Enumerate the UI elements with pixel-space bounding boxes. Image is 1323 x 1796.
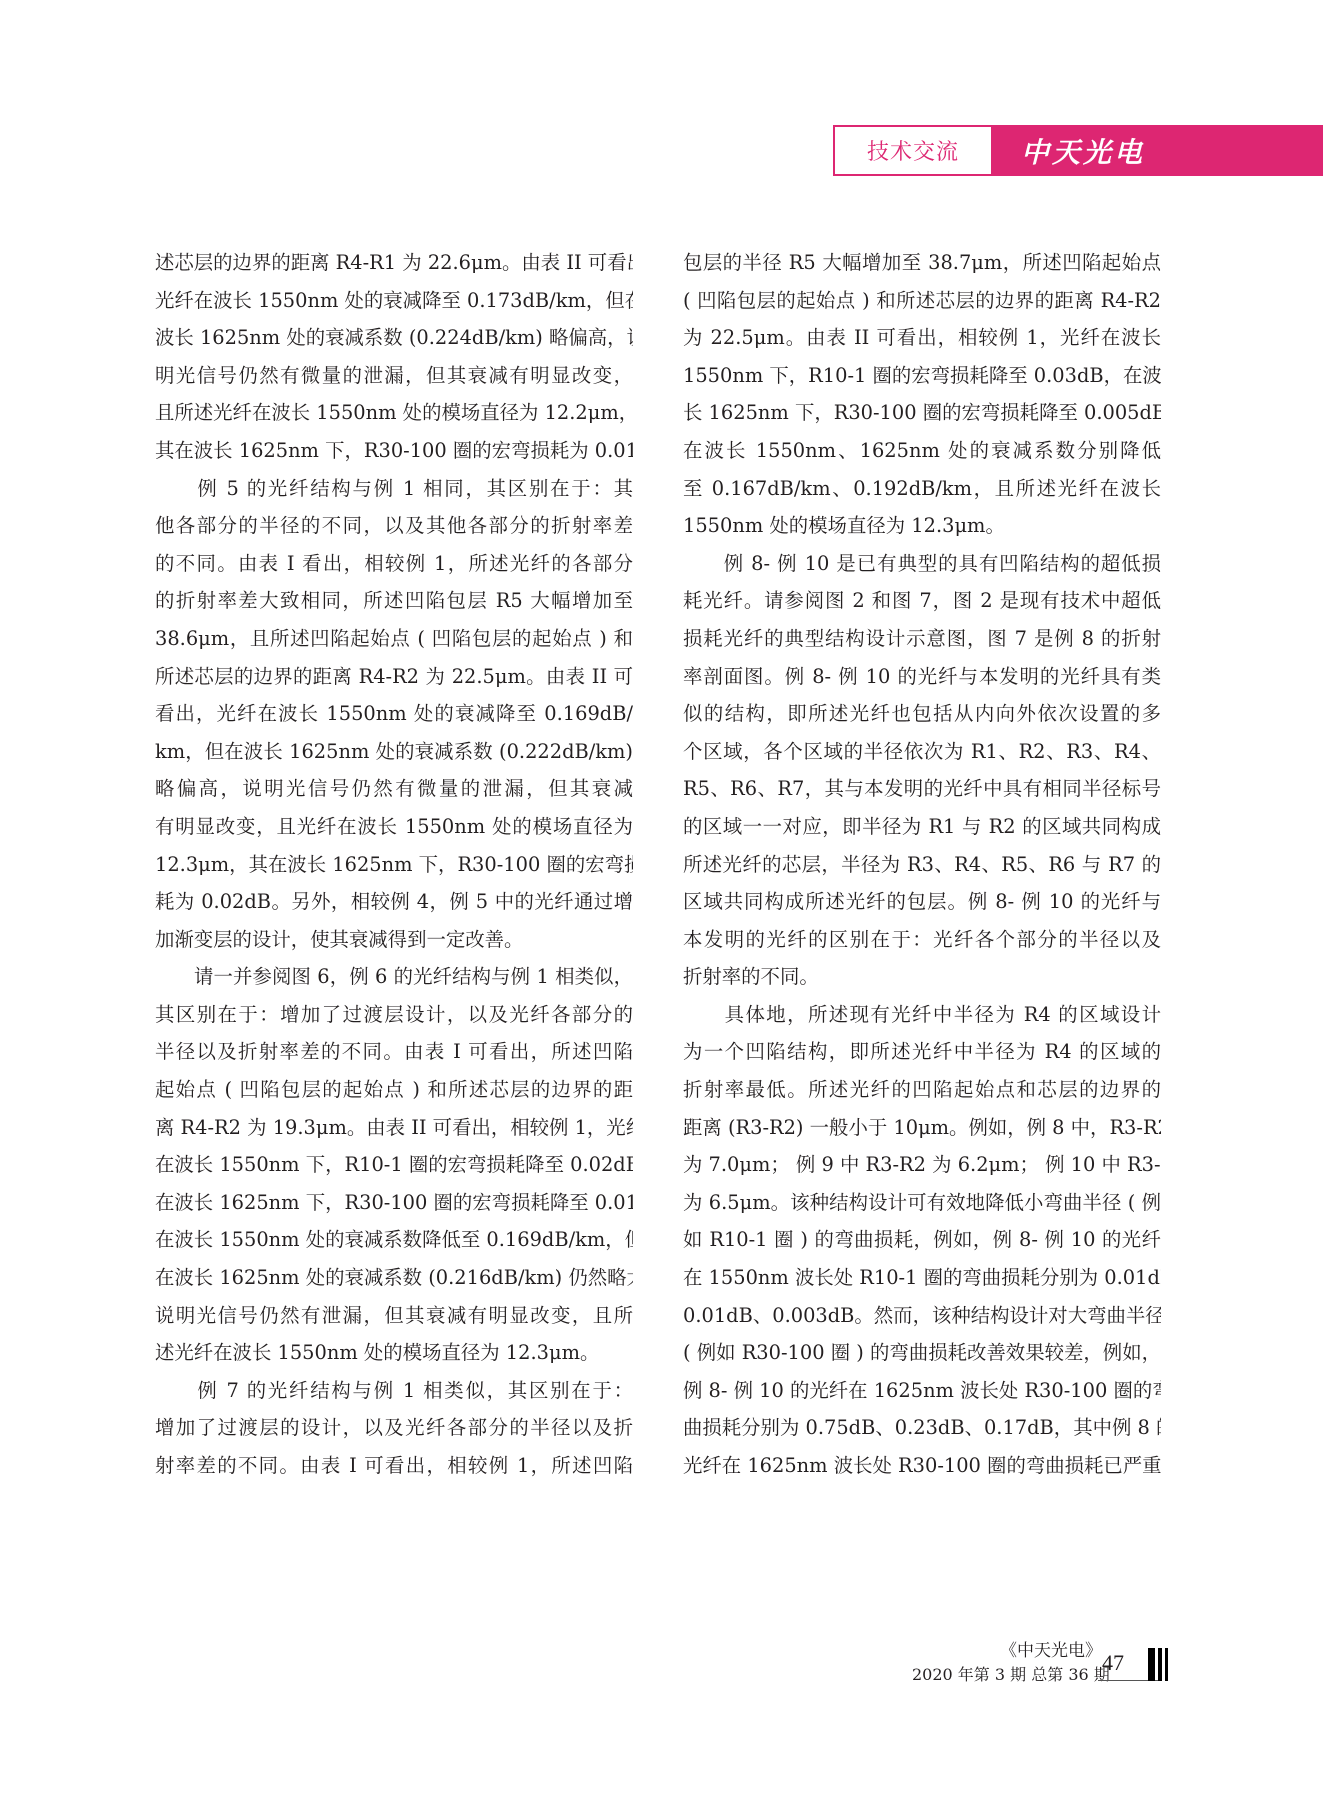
text-line: ( 例如 R30-100 圈 ) 的弯曲损耗改善效果较差，例如， — [683, 1334, 1161, 1372]
text-line: 在波长 1625nm 下，R30-100 圈的宏弯损耗降至 0.01dB; — [155, 1184, 633, 1222]
text-line: ( 凹陷包层的起始点 ) 和所述芯层的边界的距离 R4-R2 — [683, 282, 1161, 320]
text-line: 的折射率差大致相同，所述凹陷包层 R5 大幅增加至 — [155, 582, 633, 620]
decorative-bars-icon — [1148, 1648, 1168, 1681]
text-line: 本发明的光纤的区别在于：光纤各个部分的半径以及 — [683, 921, 1161, 959]
right-text-column: 包层的半径 R5 大幅增加至 38.7μm，所述凹陷起始点( 凹陷包层的起始点 … — [683, 244, 1161, 1485]
text-line: 所述光纤的芯层，半径为 R3、R4、R5、R6 与 R7 的 — [683, 846, 1161, 884]
text-line: 38.6μm，且所述凹陷起始点 ( 凹陷包层的起始点 ) 和 — [155, 620, 633, 658]
text-line: km，但在波长 1625nm 处的衰减系数 (0.222dB/km) — [155, 733, 633, 771]
text-line: 半径以及折射率差的不同。由表 I 可看出，所述凹陷 — [155, 1033, 633, 1071]
text-line: 例 5 的光纤结构与例 1 相同，其区别在于：其 — [155, 470, 633, 508]
text-line: 在波长 1550nm 处的衰减系数降低至 0.169dB/km，但 — [155, 1221, 633, 1259]
text-line: 具体地，所述现有光纤中半径为 R4 的区域设计 — [683, 996, 1161, 1034]
text-line: 其区别在于：增加了过渡层设计，以及光纤各部分的 — [155, 996, 633, 1034]
text-line: 12.3μm，其在波长 1625nm 下，R30-100 圈的宏弯损 — [155, 846, 633, 884]
text-line: 例 7 的光纤结构与例 1 相类似，其区别在于： — [155, 1372, 633, 1410]
text-line: 离 R4-R2 为 19.3μm。由表 II 可看出，相较例 1，光纤 — [155, 1109, 633, 1147]
text-line: 射率差的不同。由表 I 可看出，相较例 1，所述凹陷 — [155, 1447, 633, 1485]
journal-title: 《中天光电》 — [1000, 1636, 1102, 1661]
text-line: 0.01dB、0.003dB。然而，该种结构设计对大弯曲半径 — [683, 1297, 1161, 1335]
text-line: 为 6.5μm。该种结构设计可有效地降低小弯曲半径 ( 例 — [683, 1184, 1161, 1222]
text-line: 长 1625nm 下，R30-100 圈的宏弯损耗降至 0.005dB； — [683, 394, 1161, 432]
text-line: 请一并参阅图 6，例 6 的光纤结构与例 1 相类似， — [155, 958, 633, 996]
text-line: 曲损耗分别为 0.75dB、0.23dB、0.17dB，其中例 8 的 — [683, 1409, 1161, 1447]
text-line: 的区域一一对应，即半径为 R1 与 R2 的区域共同构成 — [683, 808, 1161, 846]
brand-bar: 中天光电 — [993, 125, 1323, 176]
text-line: 个区域，各个区域的半径依次为 R1、R2、R3、R4、 — [683, 733, 1161, 771]
text-line: 看出，光纤在波长 1550nm 处的衰减降至 0.169dB/ — [155, 695, 633, 733]
text-line: 在波长 1550nm、1625nm 处的衰减系数分别降低 — [683, 432, 1161, 470]
text-line: 波长 1625nm 处的衰减系数 (0.224dB/km) 略偏高，说 — [155, 319, 633, 357]
text-line: 在 1550nm 波长处 R10-1 圈的弯曲损耗分别为 0.01dB、 — [683, 1259, 1161, 1297]
text-line: 为 7.0μm； 例 9 中 R3-R2 为 6.2μm； 例 10 中 R3-… — [683, 1146, 1161, 1184]
text-line: 起始点 ( 凹陷包层的起始点 ) 和所述芯层的边界的距 — [155, 1071, 633, 1109]
text-line: 说明光信号仍然有泄漏，但其衰减有明显改变，且所 — [155, 1297, 633, 1335]
text-line: 明光信号仍然有微量的泄漏，但其衰减有明显改变， — [155, 357, 633, 395]
text-line: 增加了过渡层的设计，以及光纤各部分的半径以及折 — [155, 1409, 633, 1447]
section-label: 技术交流 — [867, 135, 959, 166]
text-line: 有明显改变，且光纤在波长 1550nm 处的模场直径为 — [155, 808, 633, 846]
text-line: 为一个凹陷结构，即所述光纤中半径为 R4 的区域的 — [683, 1033, 1161, 1071]
text-line: 区域共同构成所述光纤的包层。例 8- 例 10 的光纤与 — [683, 883, 1161, 921]
text-line: 耗为 0.02dB。另外，相较例 4，例 5 中的光纤通过增 — [155, 883, 633, 921]
text-line: 例 8- 例 10 是已有典型的具有凹陷结构的超低损 — [683, 545, 1161, 583]
text-line: 耗光纤。请参阅图 2 和图 7，图 2 是现有技术中超低 — [683, 582, 1161, 620]
text-line: 的不同。由表 I 看出，相较例 1，所述光纤的各部分 — [155, 545, 633, 583]
text-line: 似的结构，即所述光纤也包括从内向外依次设置的多 — [683, 695, 1161, 733]
text-line: 其在波长 1625nm 下，R30-100 圈的宏弯损耗为 0.01dB。 — [155, 432, 633, 470]
text-line: 述芯层的边界的距离 R4-R1 为 22.6μm。由表 II 可看出， — [155, 244, 633, 282]
text-line: 折射率最低。所述光纤的凹陷起始点和芯层的边界的 — [683, 1071, 1161, 1109]
text-line: 所述芯层的边界的距离 R4-R2 为 22.5μm。由表 II 可 — [155, 658, 633, 696]
text-line: 距离 (R3-R2) 一般小于 10μm。例如，例 8 中，R3-R2 — [683, 1109, 1161, 1147]
text-line: 如 R10-1 圈 ) 的弯曲损耗，例如，例 8- 例 10 的光纤 — [683, 1221, 1161, 1259]
text-line: 在波长 1550nm 下，R10-1 圈的宏弯损耗降至 0.02dB， — [155, 1146, 633, 1184]
text-line: 略偏高，说明光信号仍然有微量的泄漏，但其衰减 — [155, 770, 633, 808]
section-label-box: 技术交流 — [833, 125, 993, 176]
text-line: 1550nm 处的模场直径为 12.3μm。 — [683, 507, 1161, 545]
text-line: 述光纤在波长 1550nm 处的模场直径为 12.3μm。 — [155, 1334, 633, 1372]
text-line: 1550nm 下，R10-1 圈的宏弯损耗降至 0.03dB，在波 — [683, 357, 1161, 395]
text-line: 且所述光纤在波长 1550nm 处的模场直径为 12.2μm， — [155, 394, 633, 432]
text-line: 损耗光纤的典型结构设计示意图，图 7 是例 8 的折射 — [683, 620, 1161, 658]
text-line: 包层的半径 R5 大幅增加至 38.7μm，所述凹陷起始点 — [683, 244, 1161, 282]
text-line: 在波长 1625nm 处的衰减系数 (0.216dB/km) 仍然略大， — [155, 1259, 633, 1297]
text-line: 光纤在波长 1550nm 处的衰减降至 0.173dB/km，但在 — [155, 282, 633, 320]
text-line: 折射率的不同。 — [683, 958, 1161, 996]
text-line: 例 8- 例 10 的光纤在 1625nm 波长处 R30-100 圈的弯 — [683, 1372, 1161, 1410]
left-text-column: 述芯层的边界的距离 R4-R1 为 22.6μm。由表 II 可看出，光纤在波长… — [155, 244, 633, 1485]
text-line: 他各部分的半径的不同，以及其他各部分的折射率差 — [155, 507, 633, 545]
text-line: R5、R6、R7，其与本发明的光纤中具有相同半径标号 — [683, 770, 1161, 808]
text-line: 至 0.167dB/km、0.192dB/km，且所述光纤在波长 — [683, 470, 1161, 508]
brand-logo-text: 中天光电 — [1021, 131, 1145, 171]
text-line: 加渐变层的设计，使其衰减得到一定改善。 — [155, 921, 633, 959]
text-line: 率剖面图。例 8- 例 10 的光纤与本发明的光纤具有类 — [683, 658, 1161, 696]
page-number: 47 — [1102, 1650, 1124, 1676]
text-line: 为 22.5μm。由表 II 可看出，相较例 1，光纤在波长 — [683, 319, 1161, 357]
text-line: 光纤在 1625nm 波长处 R30-100 圈的弯曲损耗已严重 — [683, 1447, 1161, 1485]
issue-info: 2020 年第 3 期 总第 36 期 — [912, 1662, 1110, 1685]
